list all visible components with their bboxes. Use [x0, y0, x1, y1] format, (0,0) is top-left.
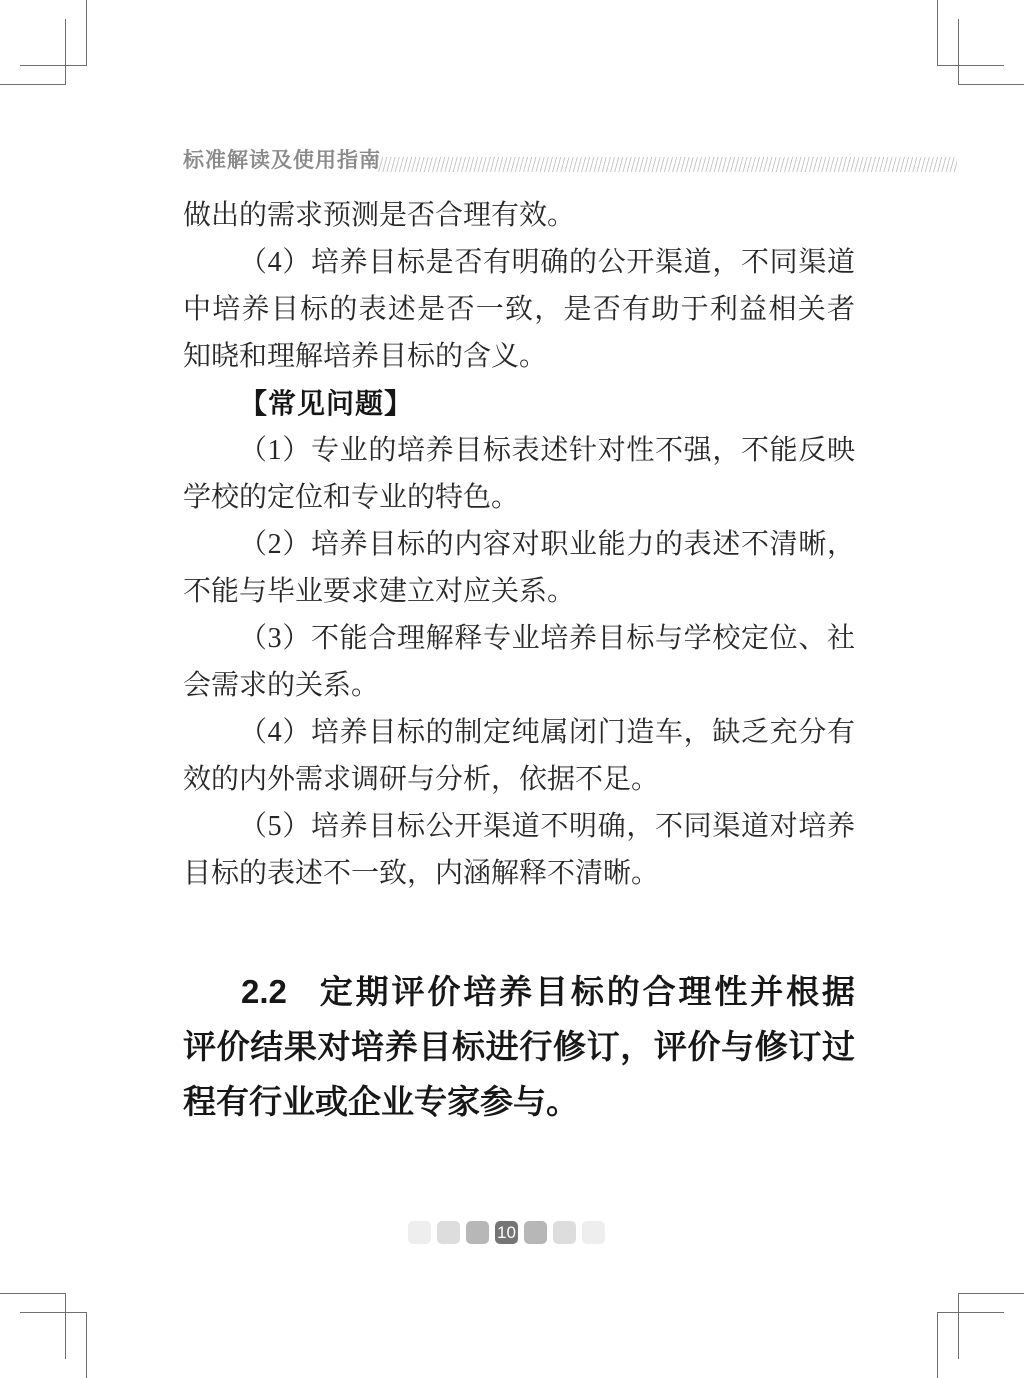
pager-square [437, 1221, 460, 1244]
body-line: 知晓和理解培养目标的含义。 [183, 333, 855, 380]
page-body: 做出的需求预测是否合理有效。 （4）培养目标是否有明确的公开渠道，不同渠道 中培… [183, 192, 855, 897]
pager-square [553, 1221, 576, 1244]
page-footer: 10 [408, 1221, 605, 1244]
body-line: （4）培养目标是否有明确的公开渠道，不同渠道 [183, 239, 855, 286]
body-line: 会需求的关系。 [183, 662, 855, 709]
pager-square [408, 1221, 431, 1244]
subsection-title-part: 定期评价培养目标的合理性并根据 [317, 973, 855, 1010]
book-page: 标准解读及使用指南 做出的需求预测是否合理有效。 （4）培养目标是否有明确的公开… [0, 0, 1024, 1378]
body-line: （5）培养目标公开渠道不明确，不同渠道对培养 [183, 803, 855, 850]
crop-mark-top-right-inner [958, 19, 1024, 85]
pager-square [524, 1221, 547, 1244]
subsection-line: 2.2定期评价培养目标的合理性并根据 [183, 964, 855, 1019]
body-line: （2）培养目标的内容对职业能力的表述不清晰， [183, 521, 855, 568]
body-line: 学校的定位和专业的特色。 [183, 474, 855, 521]
body-line: （4）培养目标的制定纯属闭门造车，缺乏充分有 [183, 709, 855, 756]
page-number-badge: 10 [495, 1221, 518, 1244]
body-line: 中培养目标的表述是否一致，是否有助于利益相关者 [183, 286, 855, 333]
subsection-line: 程有行业或企业专家参与。 [183, 1074, 855, 1129]
subsection-heading: 2.2定期评价培养目标的合理性并根据 评价结果对培养目标进行修订，评价与修订过 … [183, 964, 855, 1129]
running-head-title: 标准解读及使用指南 [183, 148, 381, 174]
pager-square [582, 1221, 605, 1244]
body-line: 做出的需求预测是否合理有效。 [183, 192, 855, 239]
section-label: 【常见问题】 [183, 380, 855, 427]
crop-mark-bottom-right-inner [958, 1293, 1024, 1359]
subsection-number: 2.2 [241, 973, 287, 1010]
header-stripe-pattern [378, 157, 957, 172]
subsection-line: 评价结果对培养目标进行修订，评价与修订过 [183, 1019, 855, 1074]
body-line: 目标的表述不一致，内涵解释不清晰。 [183, 850, 855, 897]
body-line: （3）不能合理解释专业培养目标与学校定位、社 [183, 615, 855, 662]
pager-square [466, 1221, 489, 1244]
crop-mark-bottom-left-inner [0, 1293, 66, 1359]
body-line: 效的内外需求调研与分析，依据不足。 [183, 756, 855, 803]
body-line: 不能与毕业要求建立对应关系。 [183, 568, 855, 615]
crop-mark-top-left-inner [0, 19, 66, 85]
body-line: （1）专业的培养目标表述针对性不强，不能反映 [183, 427, 855, 474]
